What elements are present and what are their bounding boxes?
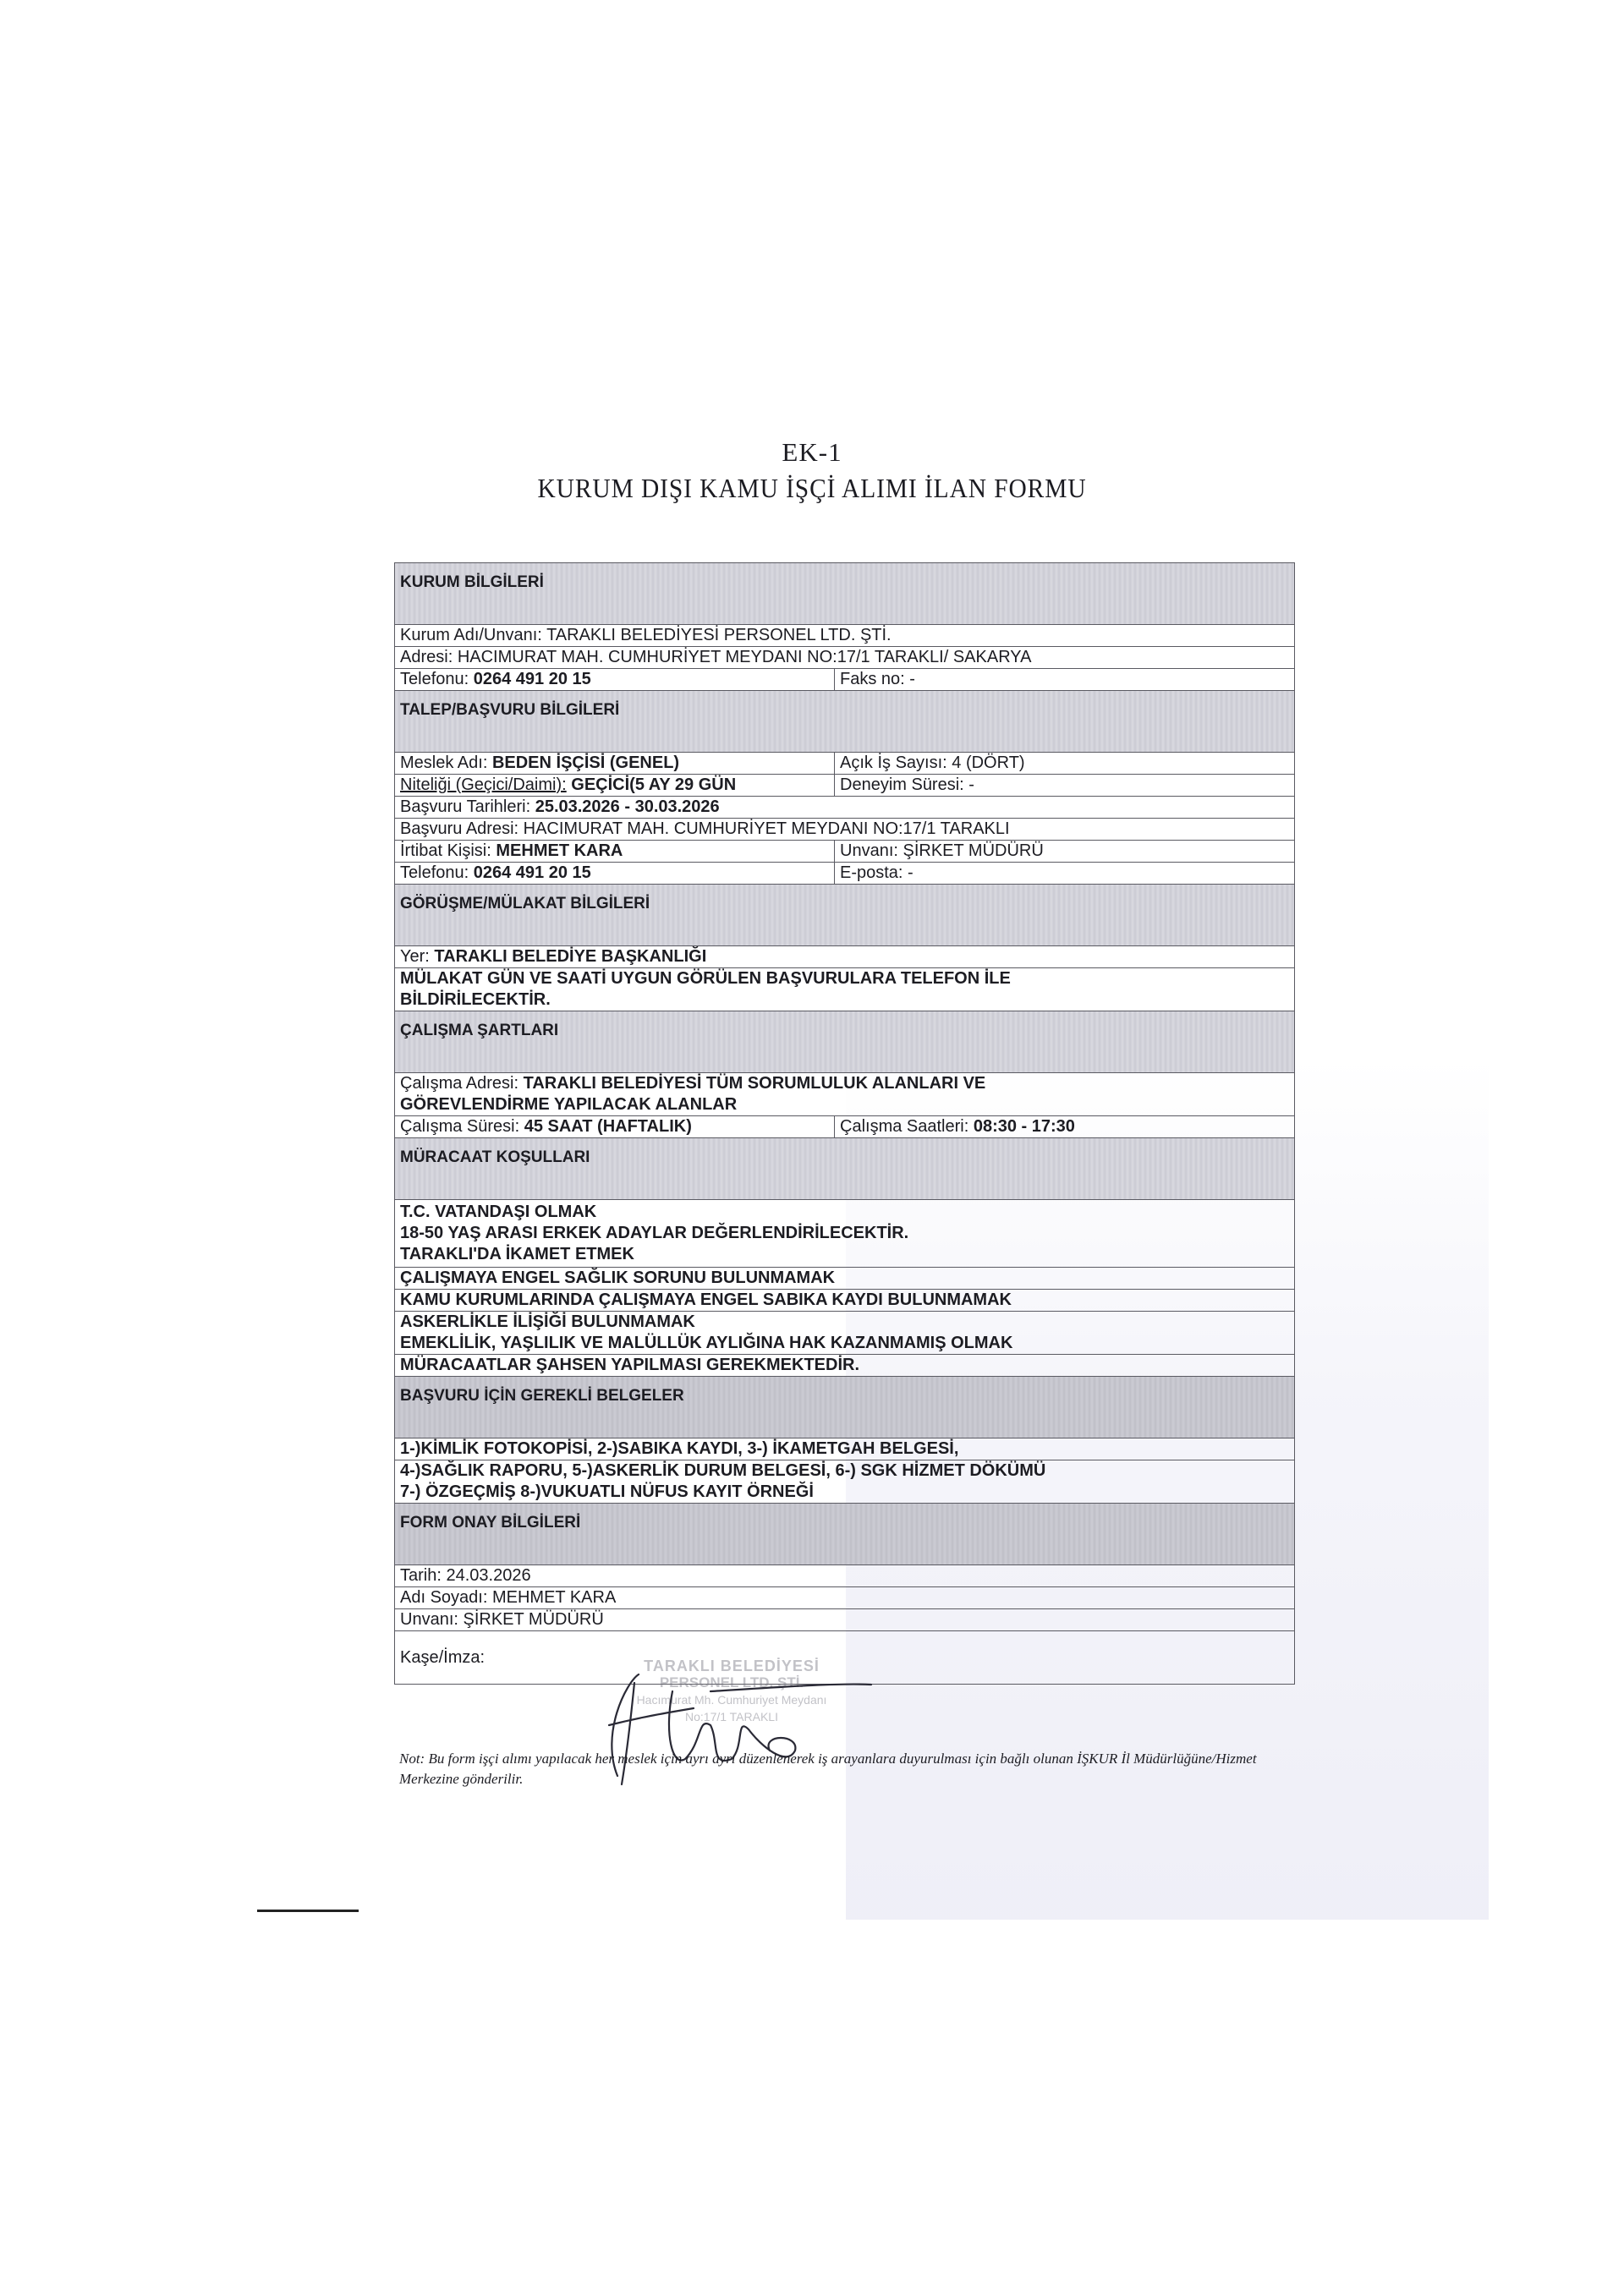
condition-item: KAMU KURUMLARINDA ÇALIŞMAYA ENGEL SABIKA… xyxy=(400,1290,1289,1311)
document-header: EK-1 KURUM DIŞI KAMU İŞÇİ ALIMI İLAN FOR… xyxy=(0,436,1624,507)
field-label: Kurum Adı/Unvanı: xyxy=(400,626,542,644)
form-title: KURUM DIŞI KAMU İŞÇİ ALIMI İLAN FORMU xyxy=(65,469,1559,507)
section-mulakat-header: GÖRÜŞME/MÜLAKAT BİLGİLERİ xyxy=(395,885,1295,946)
condition-item: ÇALIŞMAYA ENGEL SAĞLIK SORUNU BULUNMAMAK xyxy=(400,1268,1289,1289)
field-label: İrtibat Kişisi: xyxy=(400,841,491,860)
institution-name: TARAKLI BELEDİYESİ PERSONEL LTD. ŞTİ. xyxy=(546,626,892,644)
field-label: Çalışma Saatleri: xyxy=(840,1117,968,1136)
row-condition-health: ÇALIŞMAYA ENGEL SAĞLIK SORUNU BULUNMAMAK xyxy=(395,1268,1295,1290)
contact-email: - xyxy=(908,863,913,882)
section-title: ÇALIŞMA ŞARTLARI xyxy=(395,1011,1295,1073)
experience-value: - xyxy=(968,775,974,794)
row-application-dates: Başvuru Tarihleri: 25.03.2026 - 30.03.20… xyxy=(395,797,1295,819)
section-title: FORM ONAY BİLGİLERİ xyxy=(395,1504,1295,1565)
row-approval-name: Adı Soyadı: MEHMET KARA xyxy=(395,1587,1295,1609)
section-calisma-header: ÇALIŞMA ŞARTLARI xyxy=(395,1011,1295,1073)
row-work-hours: Çalışma Süresi: 45 SAAT (HAFTALIK) Çalış… xyxy=(395,1116,1295,1138)
row-interview-place: Yer: TARAKLI BELEDİYE BAŞKANLIĞI xyxy=(395,946,1295,968)
interview-note: MÜLAKAT GÜN VE SAATİ UYGUN GÖRÜLEN BAŞVU… xyxy=(400,969,1011,1009)
field-label: Çalışma Adresi: xyxy=(400,1074,518,1093)
field-label: Çalışma Süresi: xyxy=(400,1117,519,1136)
section-kosullar-header: MÜRACAAT KOŞULLARI xyxy=(395,1138,1295,1200)
field-label: Adı Soyadı: xyxy=(400,1588,487,1607)
section-title: MÜRACAAT KOŞULLARI xyxy=(395,1138,1295,1200)
work-duration: 45 SAAT (HAFTALIK) xyxy=(524,1117,692,1136)
field-label: Meslek Adı: xyxy=(400,753,487,772)
interview-place: TARAKLI BELEDİYE BAŞKANLIĞI xyxy=(434,947,706,966)
field-label: Telefonu: xyxy=(400,670,469,688)
field-label: Tarih: xyxy=(400,1566,442,1585)
footer-note: Not: Bu form işçi alımı yapılacak her me… xyxy=(399,1749,1304,1789)
condition-item: ASKERLİKLE İLİŞİĞİ BULUNMAMAK xyxy=(400,1312,1289,1333)
field-label: Adresi: xyxy=(400,648,453,666)
field-label: Niteliği (Geçici/Daimi): xyxy=(400,775,567,794)
row-condition-personal: MÜRACAATLAR ŞAHSEN YAPILMASI GEREKMEKTED… xyxy=(395,1355,1295,1377)
row-contact-person: İrtibat Kişisi: MEHMET KARA Unvanı: ŞİRK… xyxy=(395,841,1295,863)
field-label: Unvanı: xyxy=(400,1610,458,1629)
work-hours: 08:30 - 17:30 xyxy=(974,1117,1075,1136)
contact-person: MEHMET KARA xyxy=(496,841,623,860)
institution-fax: - xyxy=(909,670,915,688)
row-interview-note: MÜLAKAT GÜN VE SAATİ UYGUN GÖRÜLEN BAŞVU… xyxy=(395,968,1295,1011)
section-title: TALEP/BAŞVURU BİLGİLERİ xyxy=(395,691,1295,753)
row-institution-name: Kurum Adı/Unvanı: TARAKLI BELEDİYESİ PER… xyxy=(395,625,1295,647)
section-title: KURUM BİLGİLERİ xyxy=(395,563,1295,625)
row-profession: Meslek Adı: BEDEN İŞÇİSİ (GENEL) Açık İş… xyxy=(395,753,1295,775)
row-contact-phone: Telefonu: 0264 491 20 15 E-posta: - xyxy=(395,863,1295,885)
annex-label: EK-1 xyxy=(0,436,1624,469)
row-nature: Niteliği (Geçici/Daimi): GEÇİCİ(5 AY 29 … xyxy=(395,775,1295,797)
row-condition-record: KAMU KURUMLARINDA ÇALIŞMAYA ENGEL SABIKA… xyxy=(395,1290,1295,1312)
field-label: Açık İş Sayısı: xyxy=(840,753,947,772)
row-application-address: Başvuru Adresi: HACIMURAT MAH. CUMHURİYE… xyxy=(395,819,1295,841)
contact-title: ŞİRKET MÜDÜRÜ xyxy=(903,841,1044,860)
section-belgeler-header: BAŞVURU İÇİN GEREKLİ BELGELER xyxy=(395,1377,1295,1438)
field-label: Unvanı: xyxy=(840,841,898,860)
section-onay-header: FORM ONAY BİLGİLERİ xyxy=(395,1504,1295,1565)
row-approval-date: Tarih: 24.03.2026 xyxy=(395,1565,1295,1587)
section-title: BAŞVURU İÇİN GEREKLİ BELGELER xyxy=(395,1377,1295,1438)
document-item: 1-)KİMLİK FOTOKOPİSİ, 2-)SABIKA KAYDI, 3… xyxy=(400,1438,1289,1460)
row-institution-contact: Telefonu: 0264 491 20 15 Faks no: - xyxy=(395,669,1295,691)
condition-item: EMEKLİLİK, YAŞLILIK VE MALÜLLÜK AYLIĞINA… xyxy=(400,1333,1289,1354)
row-work-address: Çalışma Adresi: TARAKLI BELEDİYESİ TÜM S… xyxy=(395,1073,1295,1116)
document-item: 4-)SAĞLIK RAPORU, 5-)ASKERLİK DURUM BELG… xyxy=(400,1460,1289,1482)
application-address: HACIMURAT MAH. CUMHURİYET MEYDANI NO:17/… xyxy=(524,819,1010,838)
approver-title: ŞİRKET MÜDÜRÜ xyxy=(464,1610,604,1629)
condition-item: MÜRACAATLAR ŞAHSEN YAPILMASI GEREKMEKTED… xyxy=(400,1355,1289,1376)
row-documents-2: 4-)SAĞLIK RAPORU, 5-)ASKERLİK DURUM BELG… xyxy=(395,1460,1295,1504)
approver-name: MEHMET KARA xyxy=(492,1588,616,1607)
application-dates: 25.03.2026 - 30.03.2026 xyxy=(535,797,720,816)
profession-value: BEDEN İŞÇİSİ (GENEL) xyxy=(492,753,679,772)
field-label: E-posta: xyxy=(840,863,903,882)
scan-mark-line xyxy=(257,1910,359,1912)
openings-value: 4 (DÖRT) xyxy=(952,753,1024,772)
document-item: 7-) ÖZGEÇMİŞ 8-)VUKUATLI NÜFUS KAYIT ÖRN… xyxy=(400,1482,1289,1503)
section-talep-header: TALEP/BAŞVURU BİLGİLERİ xyxy=(395,691,1295,753)
signature-label: Kaşe/İmza: xyxy=(400,1648,485,1667)
field-label: Deneyim Süresi: xyxy=(840,775,964,794)
row-institution-address: Adresi: HACIMURAT MAH. CUMHURİYET MEYDAN… xyxy=(395,647,1295,669)
row-approval-title: Unvanı: ŞİRKET MÜDÜRÜ xyxy=(395,1609,1295,1631)
section-title: GÖRÜŞME/MÜLAKAT BİLGİLERİ xyxy=(395,885,1295,946)
approval-date: 24.03.2026 xyxy=(446,1566,530,1585)
announcement-form-table: KURUM BİLGİLERİ Kurum Adı/Unvanı: TARAKL… xyxy=(394,562,1295,1685)
contact-phone: 0264 491 20 15 xyxy=(474,863,591,882)
condition-item: T.C. VATANDAŞI OLMAK xyxy=(400,1202,1289,1223)
row-conditions-group2: ASKERLİKLE İLİŞİĞİ BULUNMAMAK EMEKLİLİK,… xyxy=(395,1312,1295,1355)
institution-address: HACIMURAT MAH. CUMHURİYET MEYDANI NO:17/… xyxy=(458,648,1032,666)
row-conditions-group1: T.C. VATANDAŞI OLMAK 18-50 YAŞ ARASI ERK… xyxy=(395,1200,1295,1268)
field-label: Yer: xyxy=(400,947,430,966)
condition-item: 18-50 YAŞ ARASI ERKEK ADAYLAR DEĞERLENDİ… xyxy=(400,1223,1289,1244)
section-kurum-header: KURUM BİLGİLERİ xyxy=(395,563,1295,625)
field-label: Başvuru Tarihleri: xyxy=(400,797,530,816)
nature-value: GEÇİCİ(5 AY 29 GÜN xyxy=(571,775,736,794)
field-label: Faks no: xyxy=(840,670,905,688)
field-label: Telefonu: xyxy=(400,863,469,882)
condition-item: TARAKLI'DA İKAMET ETMEK xyxy=(400,1244,1289,1265)
field-label: Başvuru Adresi: xyxy=(400,819,518,838)
row-documents-1: 1-)KİMLİK FOTOKOPİSİ, 2-)SABIKA KAYDI, 3… xyxy=(395,1438,1295,1460)
institution-phone: 0264 491 20 15 xyxy=(474,670,591,688)
